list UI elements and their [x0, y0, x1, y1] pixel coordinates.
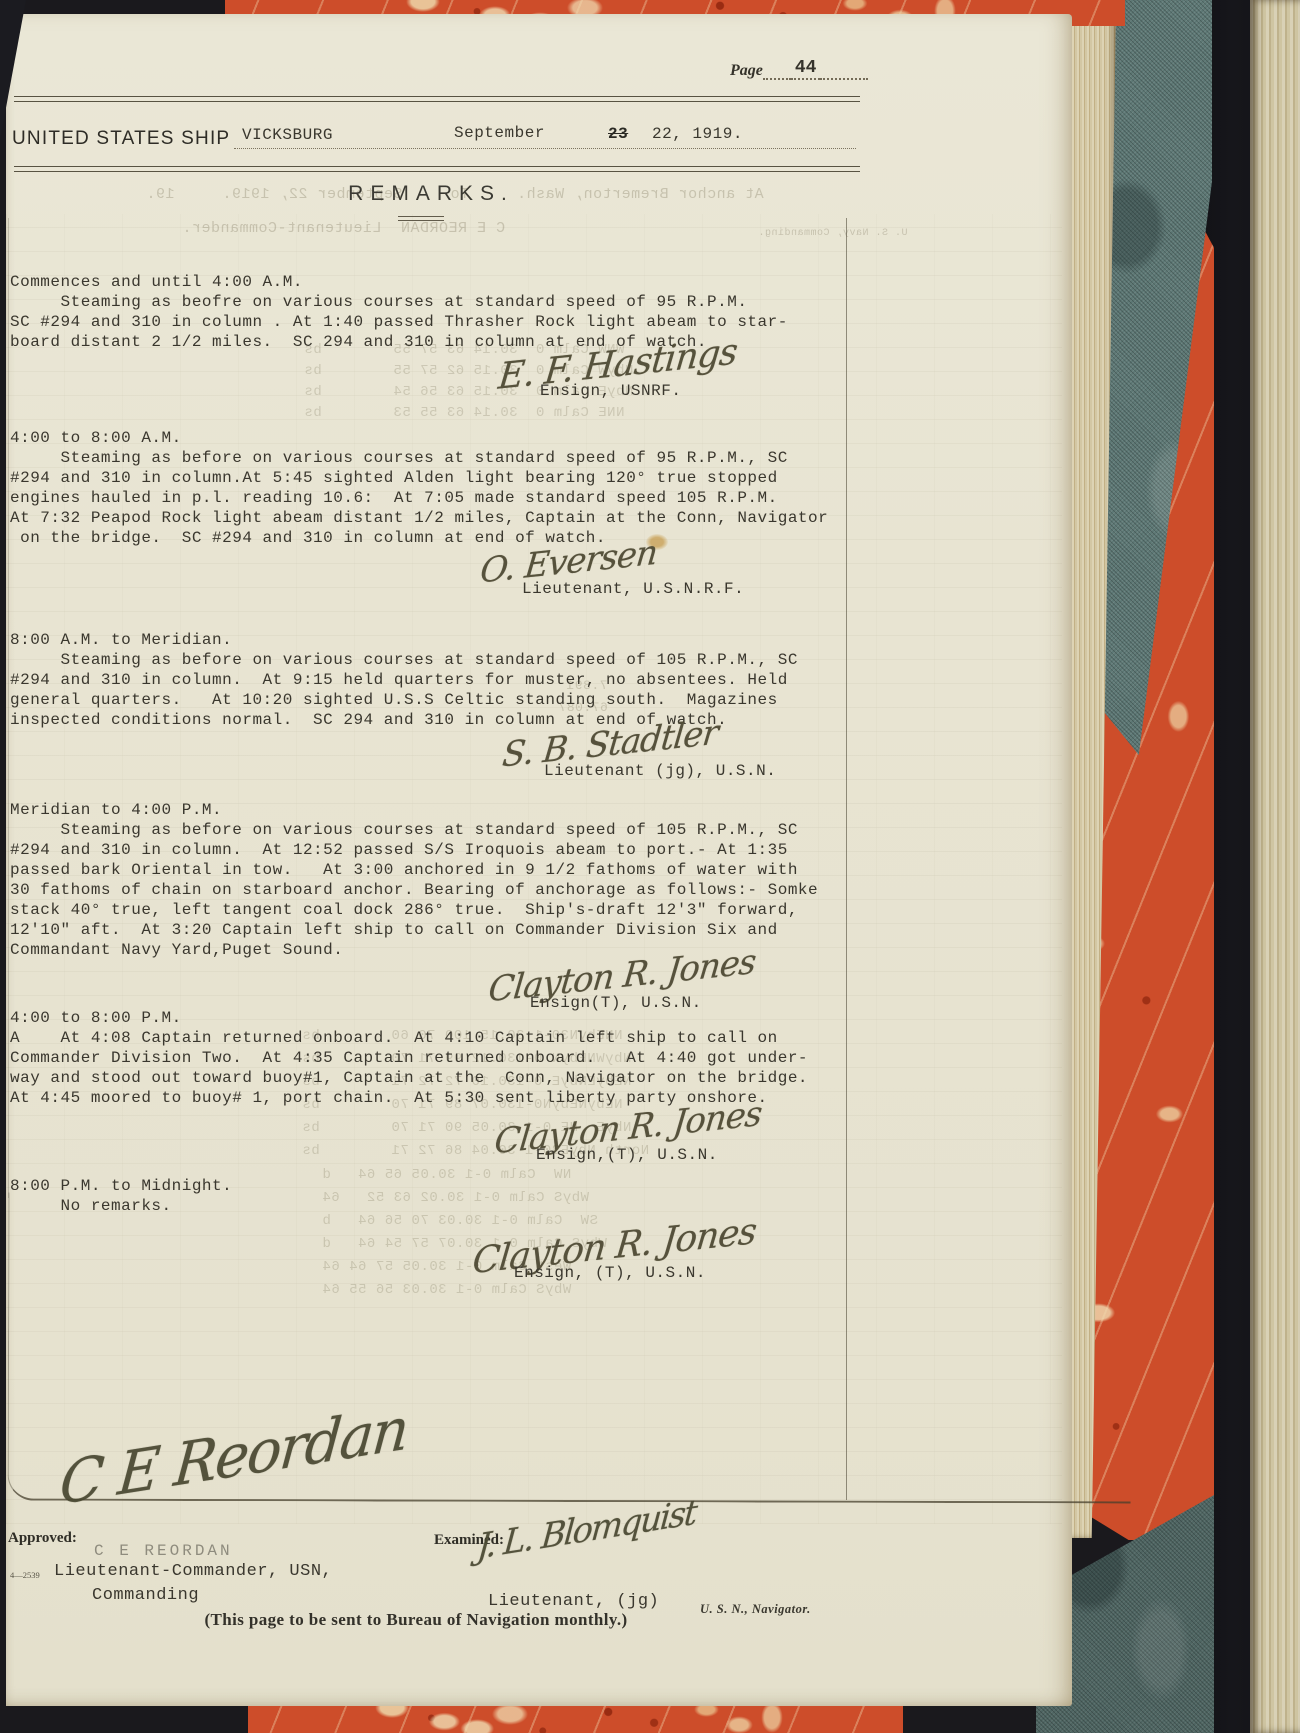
header-dotted-rule [234, 130, 856, 149]
log-page: At anchor Bremerton, Wash. To September … [6, 14, 1072, 1706]
log-entry: 8:00 A.M. to Meridian. Steaming as befor… [10, 630, 856, 790]
remarks-title: REMARKS. [6, 182, 856, 206]
examined-title: Lieutenant, (jg) [488, 1592, 659, 1611]
watch-period-heading: 8:00 A.M. to Meridian. [10, 630, 856, 650]
approved-label: Approved: [8, 1530, 77, 1547]
marble-bottom-strip [248, 1706, 903, 1733]
watch-period-heading: Commences and until 4:00 A.M. [10, 272, 856, 292]
log-entry: Commences and until 4:00 A.M. Steaming a… [10, 272, 856, 412]
approved-title-line2: Commanding [92, 1586, 199, 1605]
signer-rank: Ensign, (T), U.S.N. [514, 1264, 706, 1282]
signature-block: O. Eversen Lieutenant, U.S.N.R.F. [10, 548, 856, 608]
bleedthrough-text: U. S. Navy, Commanding. [758, 228, 908, 239]
watch-period-heading: 4:00 to 8:00 A.M. [10, 428, 856, 448]
examined-signature: J. L. Blomquist [476, 1492, 698, 1568]
entry-line: SC #294 and 310 in column . At 1:40 pass… [10, 312, 856, 332]
remarks-underline [398, 216, 444, 221]
entry-line: #294 and 310 in column. At 12:52 passed … [10, 840, 856, 860]
signer-rank: Lieutenant (jg), U.S.N. [544, 762, 776, 780]
page-word: Page [730, 62, 763, 80]
entry-line: inspected conditions normal. SC 294 and … [10, 710, 856, 730]
entry-line: A At 4:08 Captain returned onboard. At 4… [10, 1028, 856, 1048]
signature-block: Clayton R. Jones Ensign, (T), U.S.N. [10, 1216, 856, 1276]
signature-block: S. B. Stadtler Lieutenant (jg), U.S.N. [10, 730, 856, 790]
entry-line: passed bark Oriental in tow. At 3:00 anc… [10, 860, 856, 880]
double-rule-top [14, 96, 860, 102]
approved-typed-name: C E REORDAN [94, 1542, 233, 1560]
entry-line: At 7:32 Peapod Rock light abeam distant … [10, 508, 856, 528]
entry-line: 12'10" aft. At 3:20 Captain left ship to… [10, 920, 856, 940]
signature-block: Clayton R. Jones Ensign,(T), U.S.N. [10, 1108, 856, 1168]
entry-text: Steaming as before on various courses at… [10, 650, 856, 730]
navigator-role: U. S. N., Navigator. [700, 1602, 811, 1617]
approved-title-line1: Lieutenant-Commander, USN, [54, 1562, 332, 1581]
entry-line: #294 and 310 in column.At 5:45 sighted A… [10, 468, 856, 488]
entry-line: engines hauled in p.l. reading 10.6: At … [10, 488, 856, 508]
entry-line: way and stood out toward buoy#1, Captain… [10, 1068, 856, 1088]
entry-line: Commander Division Two. At 4:35 Captain … [10, 1048, 856, 1068]
watch-period-heading: Meridian to 4:00 P.M. [10, 800, 856, 820]
signer-rank: Ensign,(T), U.S.N. [536, 1146, 718, 1164]
form-number: 4—2539 [10, 1570, 40, 1580]
page-number-row: Page 44 [730, 58, 868, 80]
ship-label: UNITED STATES SHIP [12, 128, 230, 150]
entry-text: Steaming as before on various courses at… [10, 820, 856, 960]
book-fore-edge [1250, 0, 1300, 1733]
log-entry: 8:00 P.M. to Midnight. No remarks. Clayt… [10, 1176, 856, 1276]
entry-line: general quarters. At 10:20 sighted U.S.S… [10, 690, 856, 710]
dotted-rule [820, 62, 868, 80]
signer-rank: Ensign, USNRF. [540, 382, 681, 400]
left-border-rule [8, 218, 9, 1198]
watch-period-heading: 8:00 P.M. to Midnight. [10, 1176, 856, 1196]
entry-line: Steaming as beofre on various courses at… [10, 292, 856, 312]
entry-line: Steaming as before on various courses at… [10, 448, 856, 468]
bleedthrough-text: C E REORDAN Lieutenant-Commander. [182, 220, 505, 237]
entry-line: Steaming as before on various courses at… [10, 650, 856, 670]
log-entry: Meridian to 4:00 P.M. Steaming as before… [10, 800, 856, 1020]
book-scene: At anchor Bremerton, Wash. To September … [0, 0, 1300, 1733]
watch-period-heading: 4:00 to 8:00 P.M. [10, 1008, 856, 1028]
signature-block: E. F. Hastings Ensign, USNRF. [10, 352, 856, 412]
dotted-rule [763, 62, 791, 80]
entry-line: #294 and 310 in column. At 9:15 held qua… [10, 670, 856, 690]
entry-line: stack 40° true, left tangent coal dock 2… [10, 900, 856, 920]
double-rule-under-header [14, 166, 860, 172]
log-entry: 4:00 to 8:00 A.M. Steaming as before on … [10, 428, 856, 608]
page-number: 44 [791, 58, 821, 80]
signer-rank: Lieutenant, U.S.N.R.F. [522, 580, 744, 598]
entry-line: Steaming as before on various courses at… [10, 820, 856, 840]
entry-line: 30 fathoms of chain on starboard anchor.… [10, 880, 856, 900]
entry-line: on the bridge. SC #294 and 310 in column… [10, 528, 856, 548]
footer-note: (This page to be sent to Bureau of Navig… [156, 1610, 676, 1630]
entry-text: Steaming as before on various courses at… [10, 448, 856, 548]
log-entry: 4:00 to 8:00 P.M. A At 4:08 Captain retu… [10, 1008, 856, 1168]
entry-text: A At 4:08 Captain returned onboard. At 4… [10, 1028, 856, 1108]
